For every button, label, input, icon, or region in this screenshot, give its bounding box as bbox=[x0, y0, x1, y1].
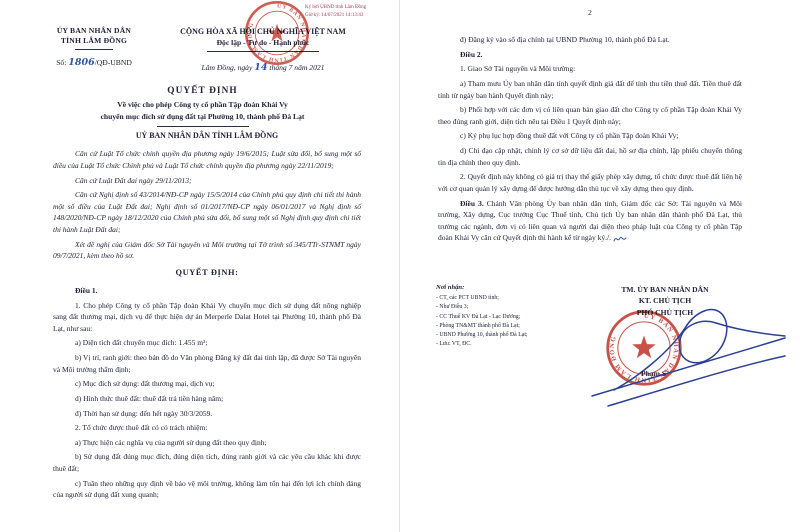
article-3-paragraph: Điều 3.Chánh Văn phòng Ủy ban nhân dân t… bbox=[438, 198, 742, 245]
recipients-block: Nơi nhận: - CT, các PCT UBND tỉnh; - Như… bbox=[436, 284, 586, 350]
subtitle-underline bbox=[157, 126, 249, 127]
document-number: Số: 1806/QĐ-UBND bbox=[26, 57, 162, 70]
page-2: 2 đ) Đăng ký vào sổ địa chính tại UBND P… bbox=[400, 0, 800, 532]
recipient-item: - CC Thuế KV Đà Lạt - Lạc Dương; bbox=[436, 313, 586, 322]
document-number-suffix: /QĐ-UBND bbox=[95, 58, 132, 67]
article-1-item: 1. Cho phép Công ty cổ phần Tập đoàn Khả… bbox=[53, 300, 361, 335]
article-2-label: Điều 2. bbox=[438, 49, 742, 61]
recipient-item: - Phòng TN&MT thành phố Đà Lạt; bbox=[436, 322, 586, 331]
page-number: 2 bbox=[438, 8, 742, 17]
issuing-agency-block: ỦY BAN NHÂN DÂN TỈNH LÂM ĐỒNG Số: 1806/Q… bbox=[26, 26, 162, 69]
recital-paragraph: Căn cứ Nghị định số 43/2014/NĐ-CP ngày 1… bbox=[53, 189, 361, 236]
article-1-label: Điều 1. bbox=[53, 285, 361, 297]
scanned-decision-document: ỦY BAN NHÂN DÂN TỈNH LÂM ĐỒNG Số: 1806/Q… bbox=[0, 0, 800, 532]
star-icon bbox=[268, 24, 286, 41]
page-1: ỦY BAN NHÂN DÂN TỈNH LÂM ĐỒNG Số: 1806/Q… bbox=[0, 0, 400, 532]
agency-name-line1: ỦY BAN NHÂN DÂN bbox=[26, 26, 162, 36]
article-1-item: a) Diện tích đất chuyển mục đích: 1.455 … bbox=[53, 337, 361, 349]
page-2-body: đ) Đăng ký vào sổ địa chính tại UBND Phư… bbox=[438, 34, 742, 247]
article-2-item: c) Ký phụ lục hợp đồng thuê đất với Công… bbox=[438, 130, 742, 142]
recital-paragraph: Căn cứ Luật Đất đai ngày 29/11/2013; bbox=[53, 175, 361, 187]
recipient-item: - Như Điều 3; bbox=[436, 303, 586, 312]
recipients-heading: Nơi nhận: bbox=[436, 284, 586, 291]
recipient-item: - UBND Phường 10, thành phố Đà Lạt; bbox=[436, 331, 586, 340]
official-seal-icon: ỦY BAN NHÂN DÂN TỈNH LÂM ĐỒNG bbox=[244, 0, 310, 66]
esignature-time-line: Giờ ký: 14/07/2021 14:13:43 bbox=[305, 12, 397, 20]
recipient-item: - Lưu: VT, ĐC. bbox=[436, 340, 586, 349]
document-number-handwritten: 1806 bbox=[68, 57, 94, 68]
esignature-signer-line: Ký bởi UBND tỉnh Lâm Đồng bbox=[305, 4, 397, 12]
document-number-prefix: Số: bbox=[56, 58, 66, 67]
decision-subtitle-line1: Về việc cho phép Công ty cổ phần Tập đoà… bbox=[35, 99, 370, 111]
issuer-heading: UỶ BAN NHÂN DÂN TỈNH LÂM ĐỒNG bbox=[53, 130, 361, 142]
recital-paragraph: Xét đề nghị của Giám đốc Sở Tài nguyên v… bbox=[53, 239, 361, 262]
agency-name-line2: TỈNH LÂM ĐỒNG bbox=[26, 36, 162, 46]
article-2-item: 1. Giao Sở Tài nguyên và Môi trường: bbox=[438, 63, 742, 75]
agency-underline bbox=[75, 49, 113, 50]
signature-stroke bbox=[588, 292, 790, 412]
article-2-item: a) Tham mưu Ủy ban nhân dân tỉnh quyết đ… bbox=[438, 78, 742, 101]
article-3-label: Điều 3. bbox=[460, 199, 484, 208]
article-1-item: c) Tuân theo những quy định về bảo vệ mô… bbox=[53, 478, 361, 501]
article-2-item: d) Chỉ đạo cập nhật, chỉnh lý cơ sở dữ l… bbox=[438, 145, 742, 168]
article-1-item: 2. Tổ chức được thuê đất có có trách nhi… bbox=[53, 422, 361, 434]
article-2-item: b) Phối hợp với các đơn vị có liên quan … bbox=[438, 104, 742, 127]
signer-name: Phạm S bbox=[641, 369, 666, 378]
article-1-item: c) Mục đích sử dụng: đất thương mại, dịc… bbox=[53, 378, 361, 390]
decision-heading: QUYẾT ĐỊNH: bbox=[53, 266, 361, 279]
article-1-item: đ) Thời hạn sử dụng: đến hết ngày 30/3/2… bbox=[53, 408, 361, 420]
recital-paragraph: Căn cứ Luật Tổ chức chính quyền địa phươ… bbox=[53, 148, 361, 171]
recipient-item: - CT, các PCT UBND tỉnh; bbox=[436, 294, 586, 303]
article-1-item: d) Hình thức thuê đất: thuê đất trả tiền… bbox=[53, 393, 361, 405]
decision-title-block: QUYẾT ĐỊNH Về việc cho phép Công ty cổ p… bbox=[35, 86, 370, 127]
signer-initial-mark-icon bbox=[613, 235, 627, 243]
esignature-stamp: Ký bởi UBND tỉnh Lâm Đồng Giờ ký: 14/07/… bbox=[305, 4, 397, 19]
article-1-item: a) Thực hiện các nghĩa vụ của người sử d… bbox=[53, 437, 361, 449]
article-1-item-continued: đ) Đăng ký vào sổ địa chính tại UBND Phư… bbox=[438, 34, 742, 46]
article-1-item: b) Vị trí, ranh giới: theo bản đồ do Văn… bbox=[53, 352, 361, 375]
decision-title: QUYẾT ĐỊNH bbox=[35, 86, 370, 96]
decision-subtitle-line2: chuyển mục đích sử dụng đất tại Phường 1… bbox=[35, 111, 370, 123]
article-1-item: b) Sử dụng đất đúng mục đích, đúng diện … bbox=[53, 451, 361, 474]
article-2-item: 2. Quyết định này không có giá trị thay … bbox=[438, 171, 742, 194]
page-1-body: UỶ BAN NHÂN DÂN TỈNH LÂM ĐỒNG Căn cứ Luậ… bbox=[53, 130, 361, 504]
